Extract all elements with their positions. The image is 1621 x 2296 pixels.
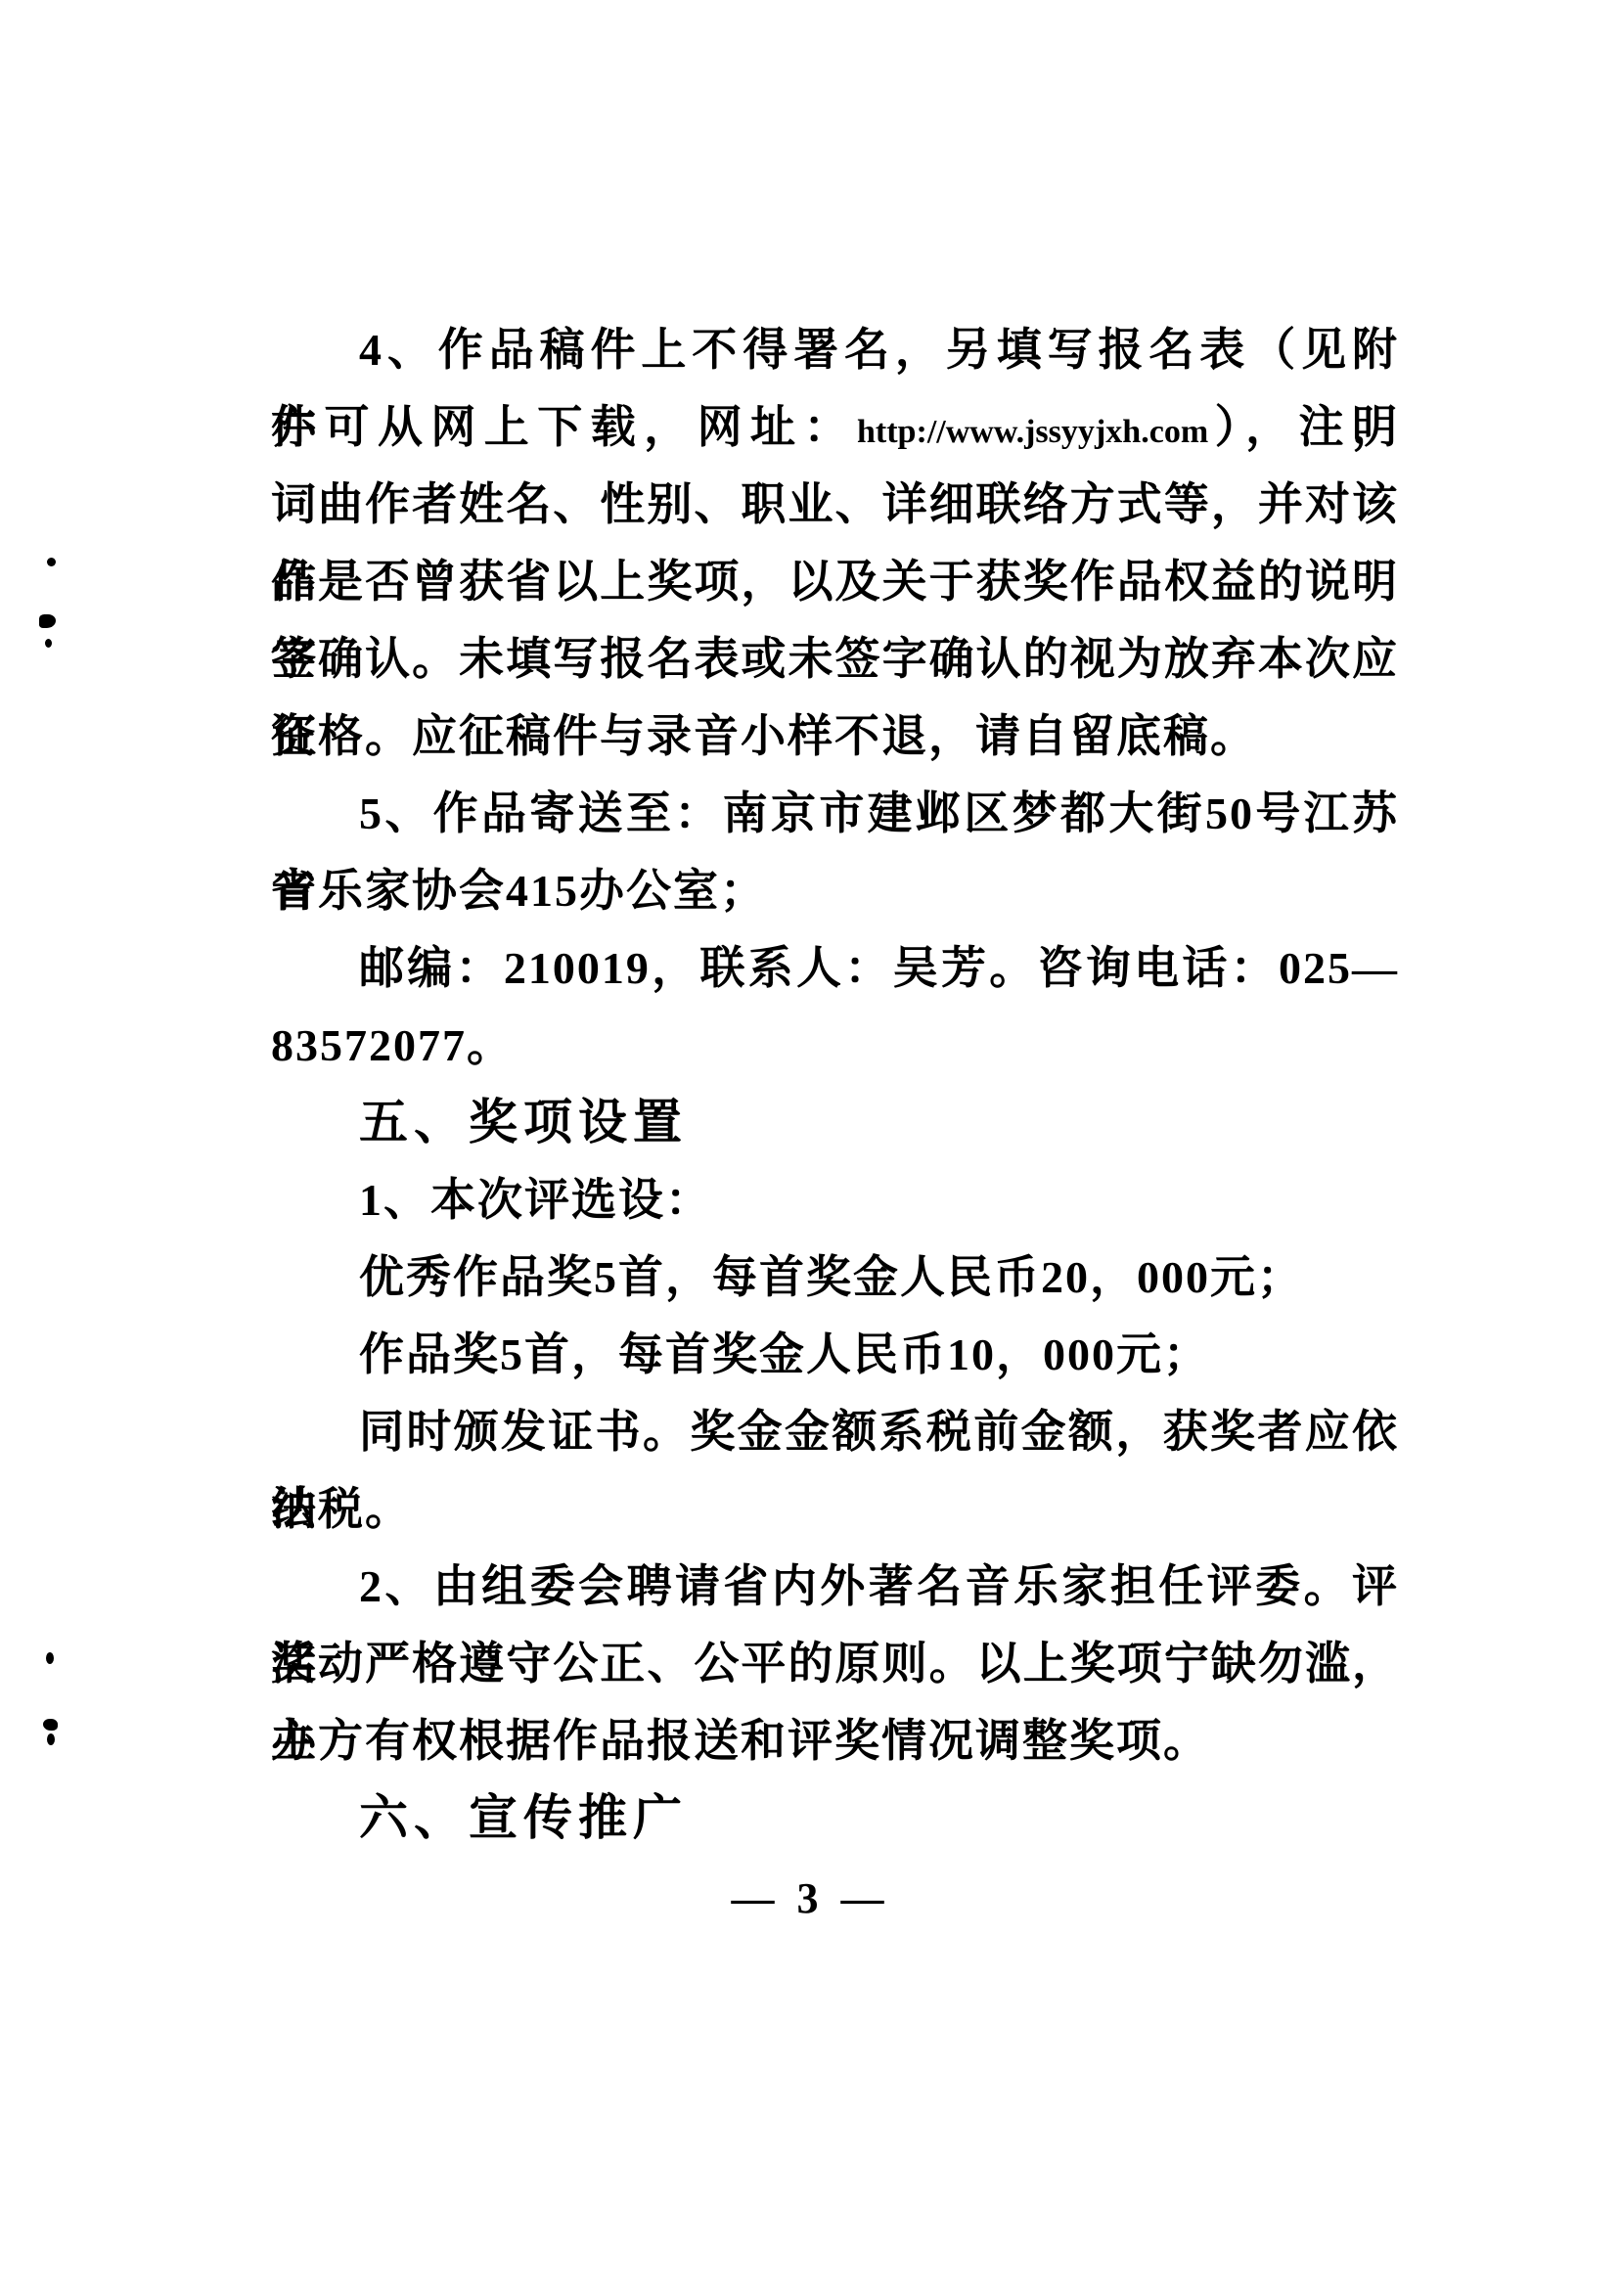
ink-speck [46,1652,54,1664]
document-page: 4、作品稿件上不得署名，另填写报名表（见附件，亦可从网上下载，网址：http:/… [0,0,1621,2296]
text-line: 办方有权根据作品报送和评奖情况调整奖项。 [271,1702,1399,1779]
section-heading: 六、宣传推广 [271,1779,1399,1857]
text-line: 作品奖5首，每首奖金人民币10，000元； [271,1316,1399,1393]
ink-speck [39,614,56,628]
text-line: 优秀作品奖5首，每首奖金人民币20，000元； [271,1238,1399,1316]
text-line: 2、由组委会聘请省内外著名音乐家担任评委。评奖 [271,1548,1399,1625]
text-line: 资格。应征稿件与录音小样不退，请自留底稿。 [271,698,1399,775]
text-line: 亦可从网上下载，网址：http://www.jssyyjxh.com），注明 [271,388,1399,466]
text-segment: ），注明 [1208,402,1399,452]
text-line: 1、本次评选设： [271,1161,1399,1238]
text-line: 音乐家协会415办公室； [271,852,1399,929]
text-segment: 亦可从网上下载，网址： [271,402,857,452]
text-line: 活动严格遵守公正、公平的原则。以上奖项宁缺勿滥，主 [271,1625,1399,1702]
url-text: http://www.jssyyjxh.com [857,414,1208,450]
text-line: 邮编：210019，联系人：吴芳。咨询电话：025— [271,929,1399,1007]
text-line: 纳税。 [271,1470,1399,1548]
text-line: 词曲作者姓名、性别、职业、详细联络方式等，并对该作 [271,466,1399,543]
text-line: 83572077。 [271,1007,1399,1084]
ink-speck [43,1719,58,1731]
ink-speck [47,558,56,566]
page-number: — 3 — [0,1860,1621,1937]
text-line: 品是否曾获省以上奖项，以及关于获奖作品权益的说明签 [271,543,1399,620]
document-text-block: 4、作品稿件上不得署名，另填写报名表（见附件，亦可从网上下载，网址：http:/… [271,311,1399,1857]
text-line: 5、作品寄送至：南京市建邺区梦都大街50号江苏省 [271,775,1399,852]
text-line: 同时颁发证书。奖金金额系税前金额，获奖者应依法 [271,1393,1399,1470]
text-line: 4、作品稿件上不得署名，另填写报名表（见附件， [271,311,1399,388]
text-line: 字确认。未填写报名表或未签字确认的视为放弃本次应征 [271,620,1399,698]
ink-speck [45,639,52,648]
ink-speck [47,1733,55,1745]
section-heading: 五、奖项设置 [271,1084,1399,1161]
